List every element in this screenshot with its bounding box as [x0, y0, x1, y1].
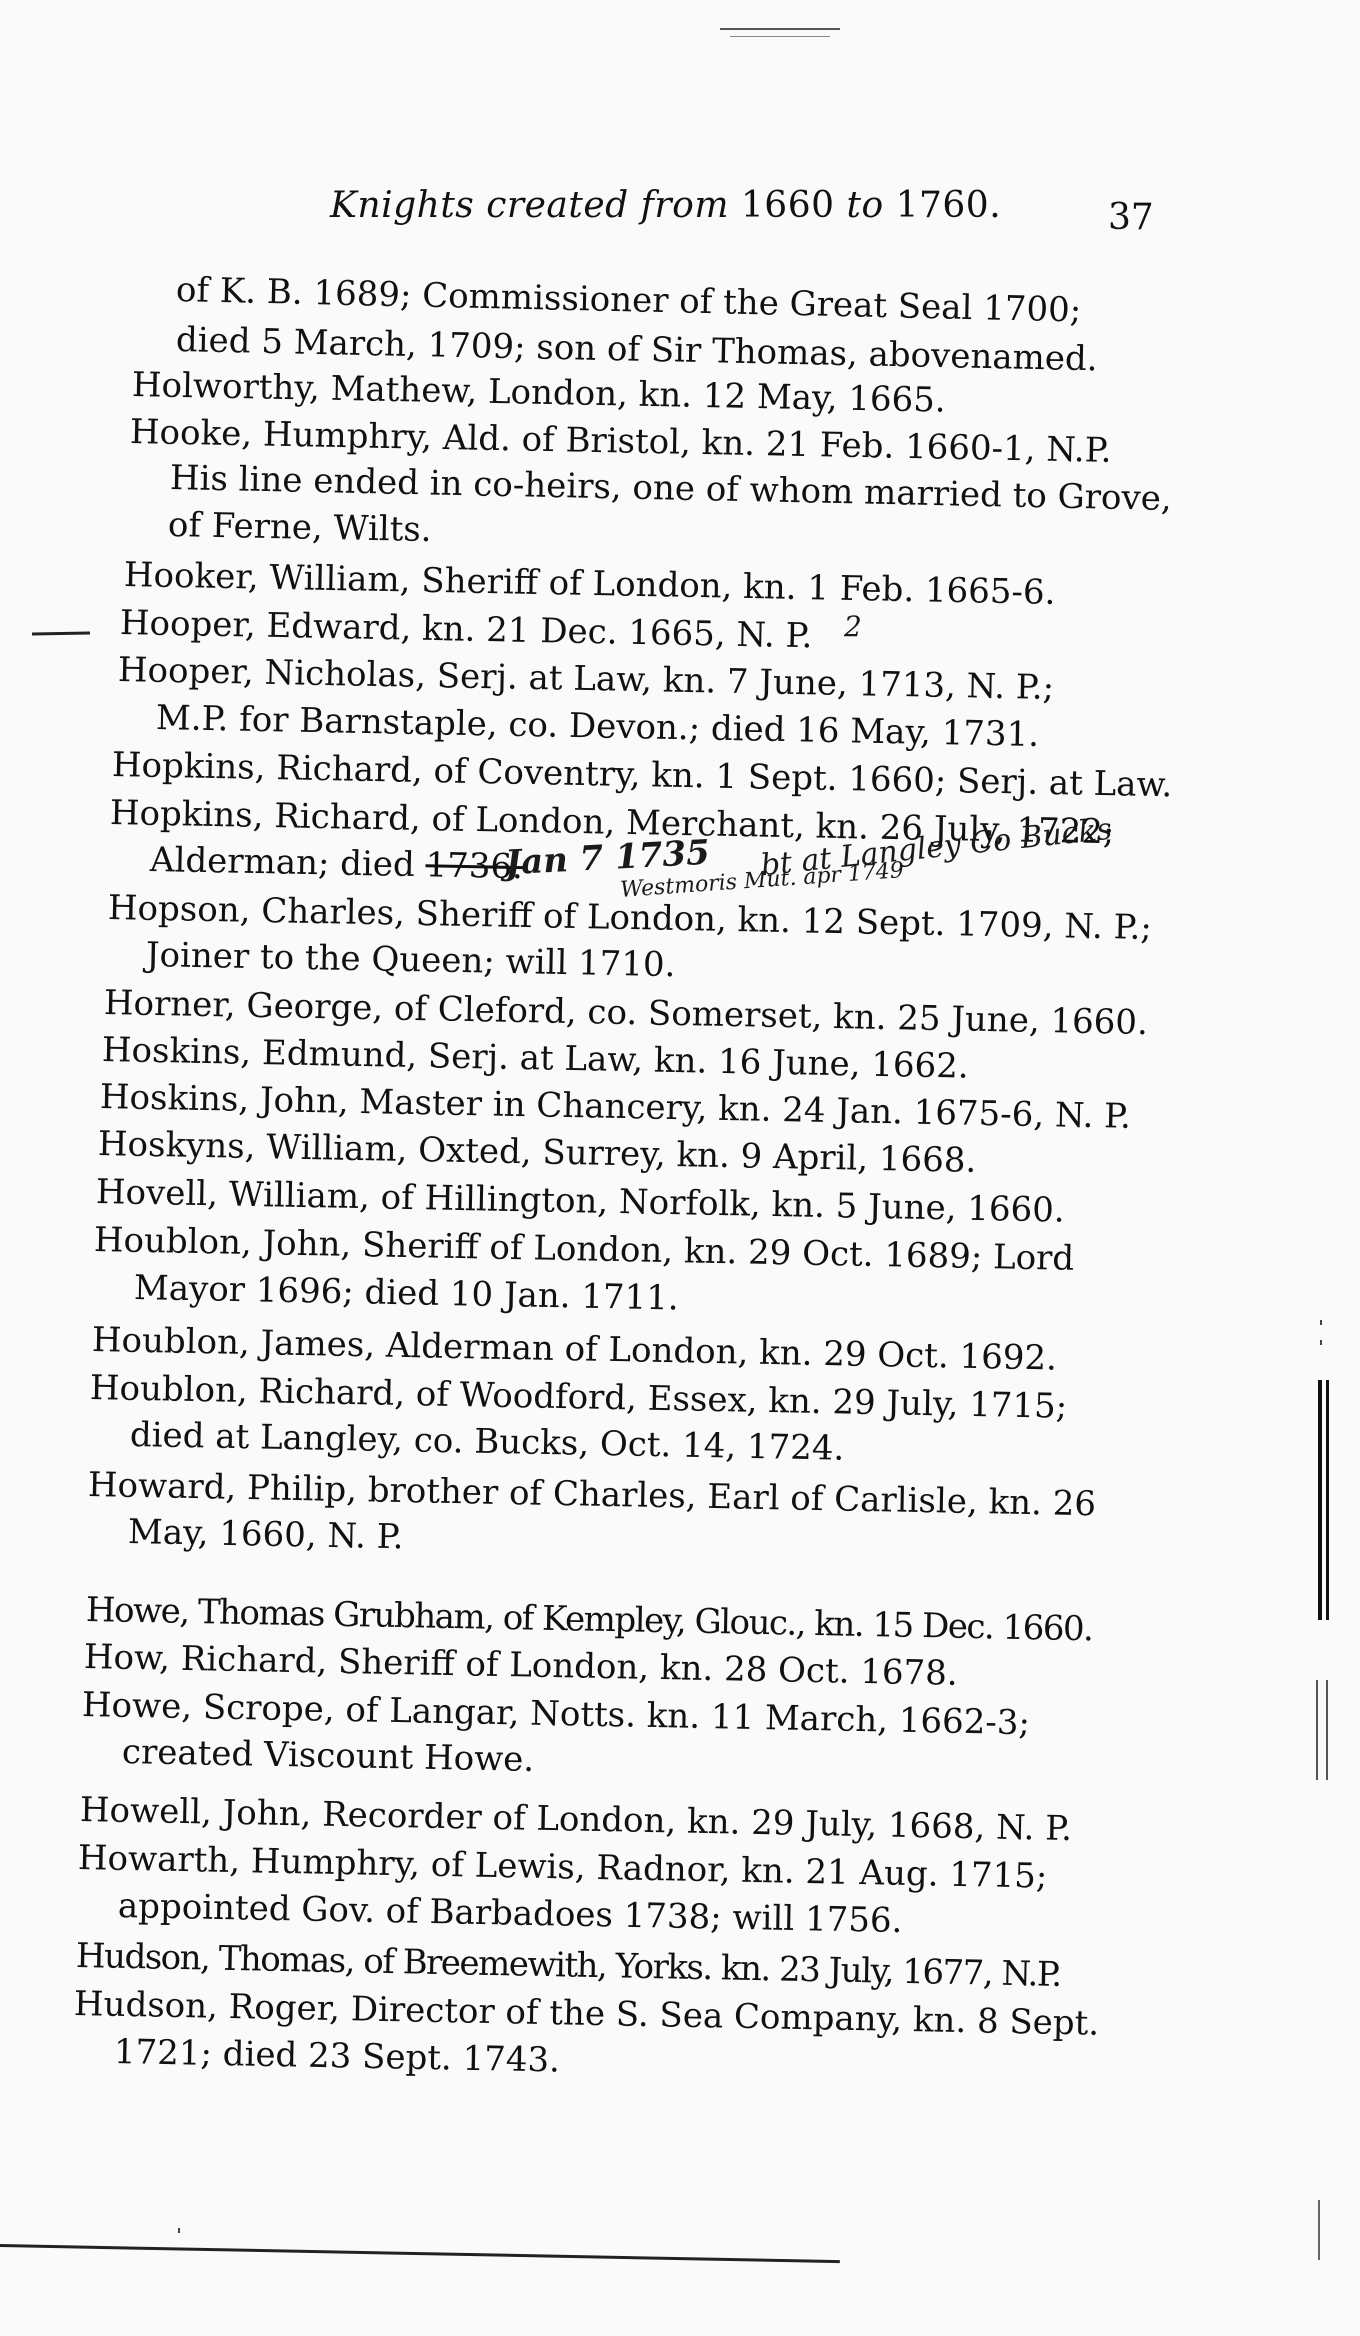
entry-line: Houblon, James, Alderman of London, kn. … [92, 1320, 1058, 1379]
header-to: to [846, 185, 883, 226]
entry-line-hooper-edward: Hooper, Edward, kn. 21 Dec. 1665, N. P. [120, 603, 813, 656]
entry-line: Joiner to the Queen; will 1710. [146, 935, 676, 985]
scan-edge-mark [1316, 1680, 1318, 1780]
bottom-rule [0, 2244, 840, 2263]
entry-line: Hooker, William, Sheriff of London, kn. … [124, 555, 1056, 613]
alderman-text: Alderman; died [150, 840, 415, 885]
running-header: Knights created from 1660 to 1760. [330, 185, 1001, 226]
scan-speck [1320, 1320, 1322, 1325]
scan-edge-mark [1326, 1380, 1329, 1620]
scan-edge-mark [1318, 2200, 1320, 2260]
entry-line: Mayor 1696; died 10 Jan. 1711. [134, 1268, 679, 1318]
header-year-start: 1660 [741, 185, 835, 226]
entry-line-alderman: Alderman; died 1736. [150, 840, 524, 887]
header-title: Knights created from [330, 185, 729, 226]
entry-line: appointed Gov. of Barbadoes 1738; will 1… [118, 1886, 903, 1941]
entry-line: of K. B. 1689; Commissioner of the Great… [176, 270, 1082, 331]
margin-dash-mark [32, 631, 90, 635]
entry-line: How, Richard, Sheriff of London, kn. 28 … [84, 1637, 958, 1694]
top-rule [720, 28, 840, 30]
header-year-end: 1760. [896, 185, 1002, 226]
entry-line: created Viscount Howe. [122, 1732, 535, 1780]
scan-edge-mark [1318, 1380, 1322, 1620]
entry-line: 1721; died 23 Sept. 1743. [114, 2032, 561, 2081]
entry-line: of Ferne, Wilts. [168, 505, 432, 550]
page-number: 37 [1108, 197, 1154, 238]
top-rule-secondary [730, 36, 830, 37]
entry-line: Hoskins, Edmund, Serj. at Law, kn. 16 Ju… [102, 1030, 969, 1087]
entry-line: Hoskyns, William, Oxted, Surrey, kn. 9 A… [98, 1124, 977, 1181]
scan-speck [1320, 1340, 1322, 1345]
handwritten-mark: 2 [844, 610, 862, 643]
scan-speck [178, 2228, 180, 2233]
entry-line: Hovell, William, of Hillington, Norfolk,… [96, 1172, 1065, 1231]
scan-edge-mark [1326, 1680, 1328, 1780]
entry-line: died at Langley, co. Bucks, Oct. 14, 172… [130, 1415, 845, 1469]
entry-line: M.P. for Barnstaple, co. Devon.; died 16… [156, 698, 1040, 755]
entry-line: May, 1660, N. P. [128, 1512, 404, 1557]
